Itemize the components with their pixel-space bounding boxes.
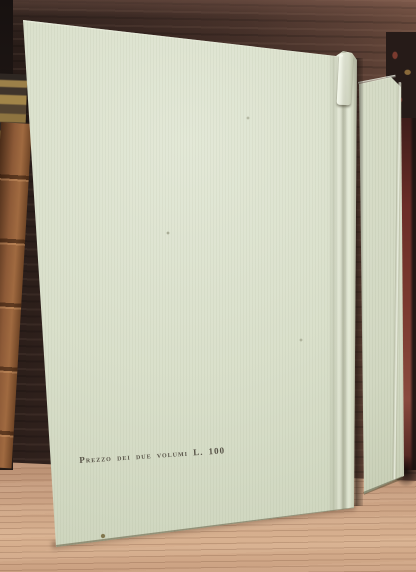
front-volume-spine [328,50,358,512]
front-volume-back-cover: Prezzo dei due volumi L. 100 [0,0,416,572]
bookshelf-photo: Prezzo dei due volumi L. 100 [0,0,416,572]
price-caption: Prezzo dei due volumi L. 100 [79,445,225,465]
spine-top-crease [337,53,354,106]
